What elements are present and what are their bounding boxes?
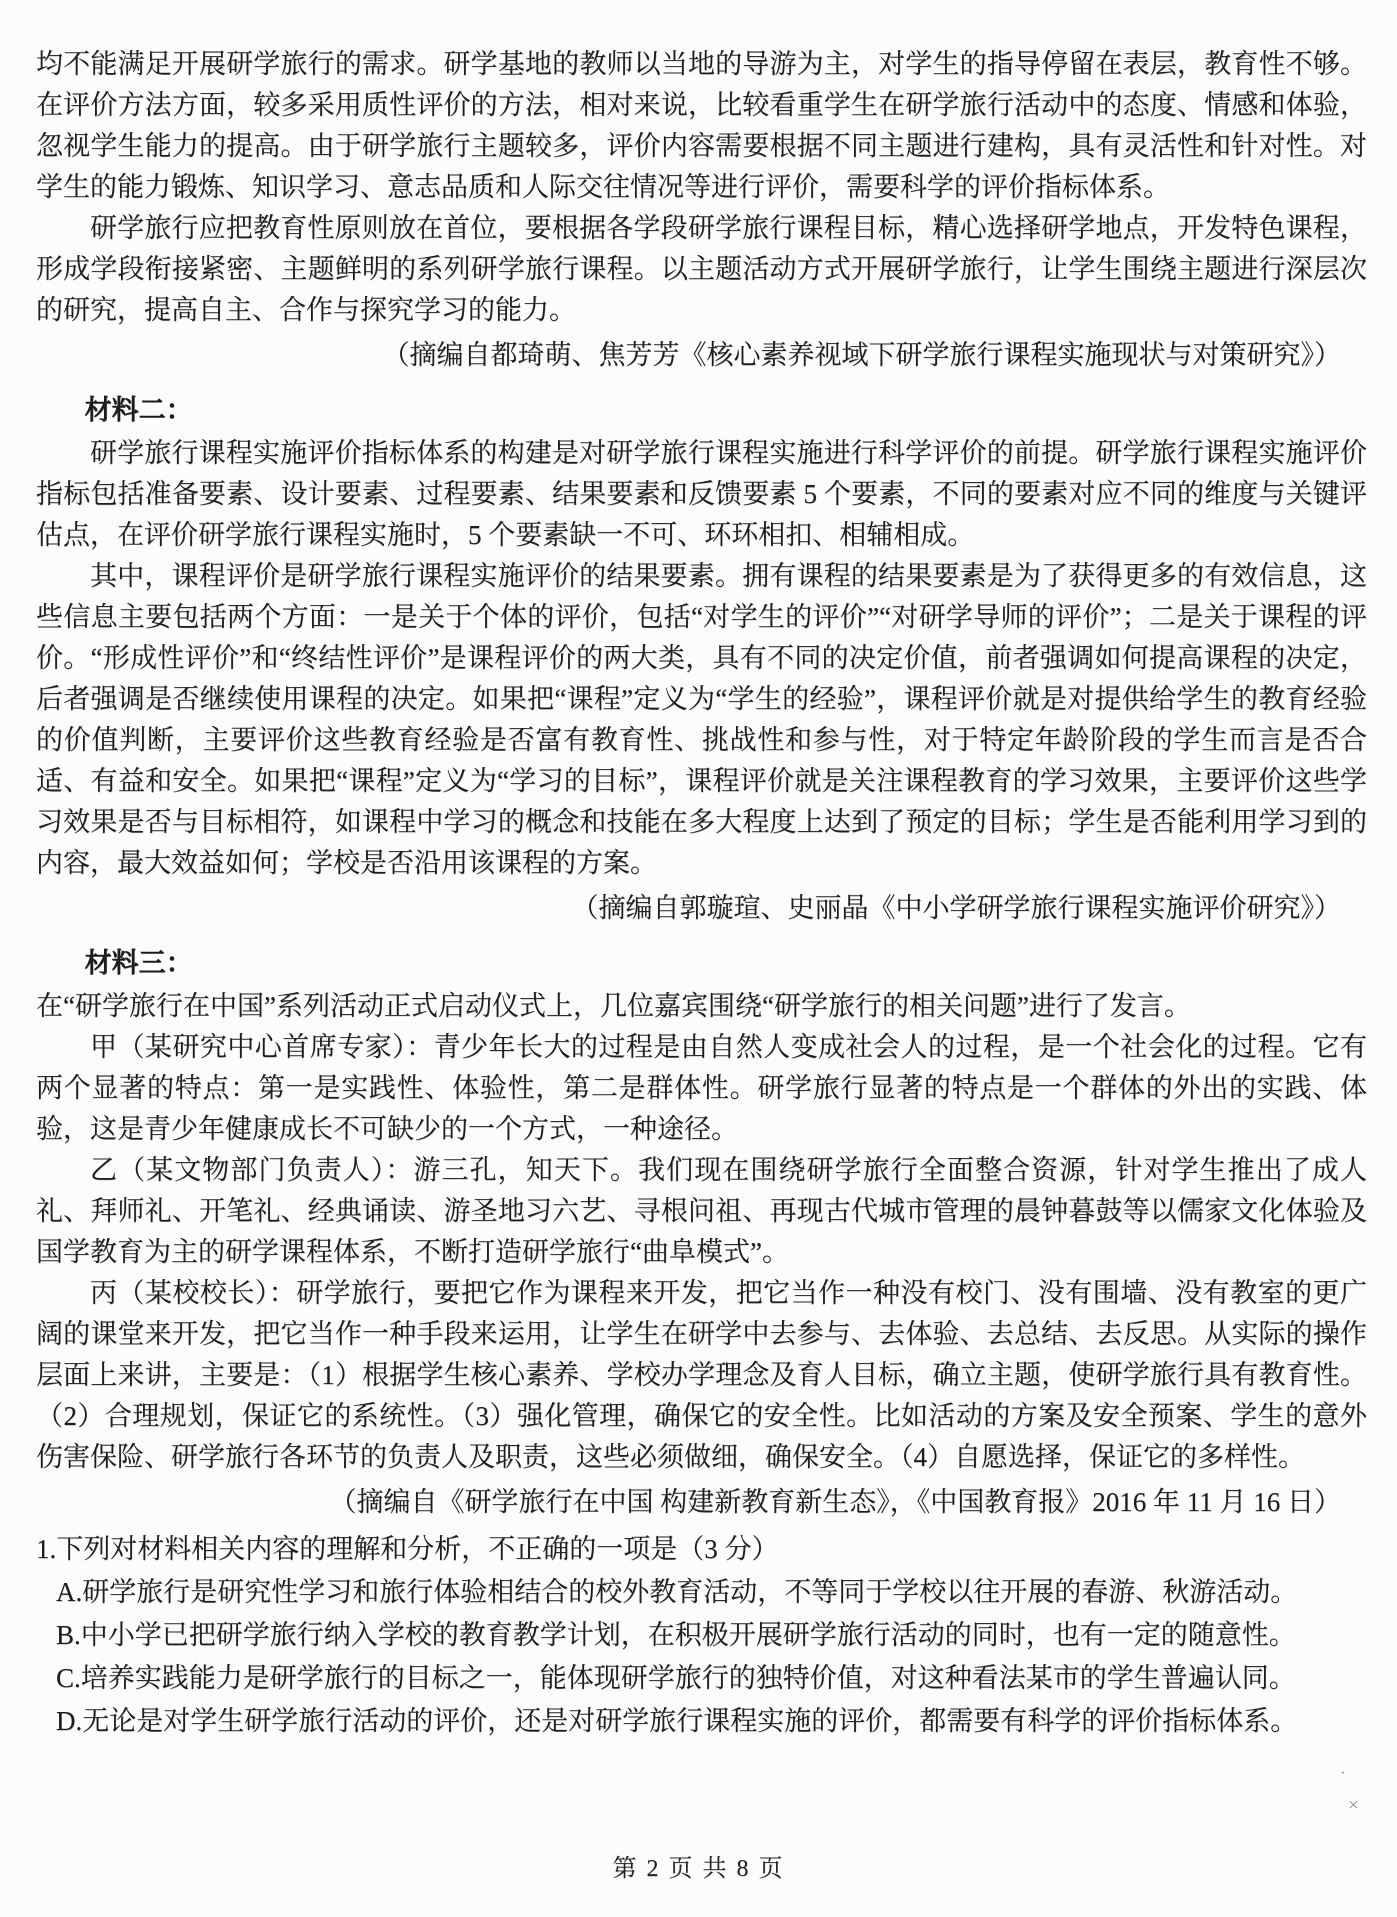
exam-page: 均不能满足开展研学旅行的需求。研学基地的教师以当地的导游为主，对学生的指导停留在… [0, 0, 1397, 1917]
material3-intro-paragraph: 在“研学旅行在中国”系列活动正式启动仪式上，几位嘉宾围绕“研学旅行的相关问题”进… [36, 986, 1367, 1027]
material3-speaker-yi-paragraph: 乙（某文物部门负责人）：游三孔，知天下。我们现在围绕研学旅行全面整合资源，针对学… [36, 1150, 1367, 1273]
question1-option-c: C.培养实践能力是研学旅行的目标之一，能体现研学旅行的独特价值，对这种看法某市的… [36, 1658, 1367, 1699]
material3-speaker-bing-paragraph: 丙（某校校长）：研学旅行，要把它作为课程来开发，把它当作一种没有校门、没有围墙、… [36, 1273, 1367, 1478]
scan-artifact: · [1340, 1764, 1346, 1781]
question1-stem: 1.下列对材料相关内容的理解和分析，不正确的一项是（3 分） [36, 1529, 1367, 1570]
material3-source-citation: （摘编自《研学旅行在中国 构建新教育新生态》，《中国教育报》2016 年 11 … [36, 1482, 1367, 1523]
page-content: 均不能满足开展研学旅行的需求。研学基地的教师以当地的导游为主，对学生的指导停留在… [36, 44, 1367, 1742]
material1-paragraph: 研学旅行应把教育性原则放在首位，要根据各学段研学旅行课程目标，精心选择研学地点，… [36, 208, 1367, 331]
material1-paragraph-continued: 均不能满足开展研学旅行的需求。研学基地的教师以当地的导游为主，对学生的指导停留在… [36, 44, 1367, 208]
material2-heading: 材料二： [36, 390, 1367, 431]
material2-paragraph: 其中，课程评价是研学旅行课程实施评价的结果要素。拥有课程的结果要素是为了获得更多… [36, 556, 1367, 884]
question1-option-b: B.中小学已把研学旅行纳入学校的教育教学计划，在积极开展研学旅行活动的同时，也有… [36, 1615, 1367, 1656]
material2-paragraph: 研学旅行课程实施评价指标体系的构建是对研学旅行课程实施进行科学评价的前提。研学旅… [36, 433, 1367, 556]
question1-option-a: A.研学旅行是研究性学习和旅行体验相结合的校外教育活动，不等同于学校以往开展的春… [36, 1572, 1367, 1613]
material1-source-citation: （摘编自都琦萌、焦芳芳《核心素养视域下研学旅行课程实施现状与对策研究》） [36, 335, 1367, 376]
material3-speaker-jia-paragraph: 甲（某研究中心首席专家）：青少年长大的过程是由自然人变成社会人的过程，是一个社会… [36, 1027, 1367, 1150]
material2-source-citation: （摘编自郭璇瑄、史丽晶《中小学研学旅行课程实施评价研究》） [36, 888, 1367, 929]
question1-option-d: D.无论是对学生研学旅行活动的评价，还是对研学旅行课程实施的评价，都需要有科学的… [36, 1701, 1367, 1742]
material3-heading: 材料三： [36, 943, 1367, 984]
scan-artifact: × [1348, 1797, 1359, 1814]
page-number-footer: 第 2 页 共 8 页 [0, 1848, 1397, 1883]
